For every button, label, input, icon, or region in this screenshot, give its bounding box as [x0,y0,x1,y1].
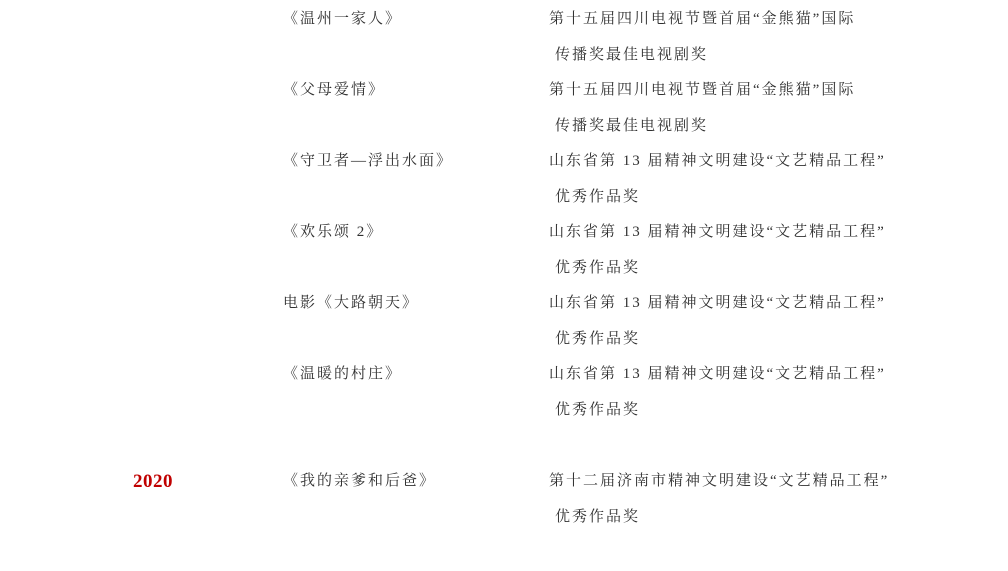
award-cell: 山东省第 13 届精神文明建设“文艺精品工程” 优秀作品奖 [549,286,1008,357]
award-line-2: 优秀作品奖 [549,180,1008,216]
table-row: 《守卫者—浮出水面》 山东省第 13 届精神文明建设“文艺精品工程” 优秀作品奖 [133,144,1008,215]
work-title: 《守卫者—浮出水面》 [283,144,549,180]
award-line-2: 优秀作品奖 [549,500,1008,536]
table-row: 《温暖的村庄》 山东省第 13 届精神文明建设“文艺精品工程” 优秀作品奖 [133,357,1008,428]
table-row: 《父母爱情》 第十五届四川电视节暨首届“金熊猫”国际 传播奖最佳电视剧奖 [133,73,1008,144]
award-line-1: 第十二届济南市精神文明建设“文艺精品工程” [549,464,1008,500]
award-line-1: 山东省第 13 届精神文明建设“文艺精品工程” [549,144,1008,180]
award-cell: 山东省第 13 届精神文明建设“文艺精品工程” 优秀作品奖 [549,357,1008,428]
award-line-1: 山东省第 13 届精神文明建设“文艺精品工程” [549,286,1008,322]
awards-table: 《温州一家人》 第十五届四川电视节暨首届“金熊猫”国际 传播奖最佳电视剧奖 《父… [133,2,1008,535]
work-title: 《温州一家人》 [283,2,549,38]
table-row: 电影《大路朝天》 山东省第 13 届精神文明建设“文艺精品工程” 优秀作品奖 [133,286,1008,357]
award-cell: 第十五届四川电视节暨首届“金熊猫”国际 传播奖最佳电视剧奖 [549,2,1008,73]
table-row: 《温州一家人》 第十五届四川电视节暨首届“金熊猫”国际 传播奖最佳电视剧奖 [133,2,1008,73]
work-title: 电影《大路朝天》 [283,286,549,322]
award-line-2: 传播奖最佳电视剧奖 [549,38,1008,74]
work-title: 《父母爱情》 [283,73,549,109]
work-title: 《温暖的村庄》 [283,357,549,393]
table-row: 2020 《我的亲爹和后爸》 第十二届济南市精神文明建设“文艺精品工程” 优秀作… [133,464,1008,535]
award-line-2: 传播奖最佳电视剧奖 [549,109,1008,145]
work-title: 《我的亲爹和后爸》 [283,464,549,500]
award-cell: 山东省第 13 届精神文明建设“文艺精品工程” 优秀作品奖 [549,144,1008,215]
award-line-2: 优秀作品奖 [549,322,1008,358]
work-title: 《欢乐颂 2》 [283,215,549,251]
award-line-1: 第十五届四川电视节暨首届“金熊猫”国际 [549,73,1008,109]
award-cell: 山东省第 13 届精神文明建设“文艺精品工程” 优秀作品奖 [549,215,1008,286]
award-line-2: 优秀作品奖 [549,393,1008,429]
document-page: 《温州一家人》 第十五届四川电视节暨首届“金熊猫”国际 传播奖最佳电视剧奖 《父… [0,0,1008,571]
table-row: 《欢乐颂 2》 山东省第 13 届精神文明建设“文艺精品工程” 优秀作品奖 [133,215,1008,286]
award-cell: 第十二届济南市精神文明建设“文艺精品工程” 优秀作品奖 [549,464,1008,535]
year-label: 2020 [133,464,283,500]
award-line-2: 优秀作品奖 [549,251,1008,287]
award-line-1: 山东省第 13 届精神文明建设“文艺精品工程” [549,357,1008,393]
award-line-1: 山东省第 13 届精神文明建设“文艺精品工程” [549,215,1008,251]
award-line-1: 第十五届四川电视节暨首届“金熊猫”国际 [549,2,1008,38]
award-cell: 第十五届四川电视节暨首届“金熊猫”国际 传播奖最佳电视剧奖 [549,73,1008,144]
